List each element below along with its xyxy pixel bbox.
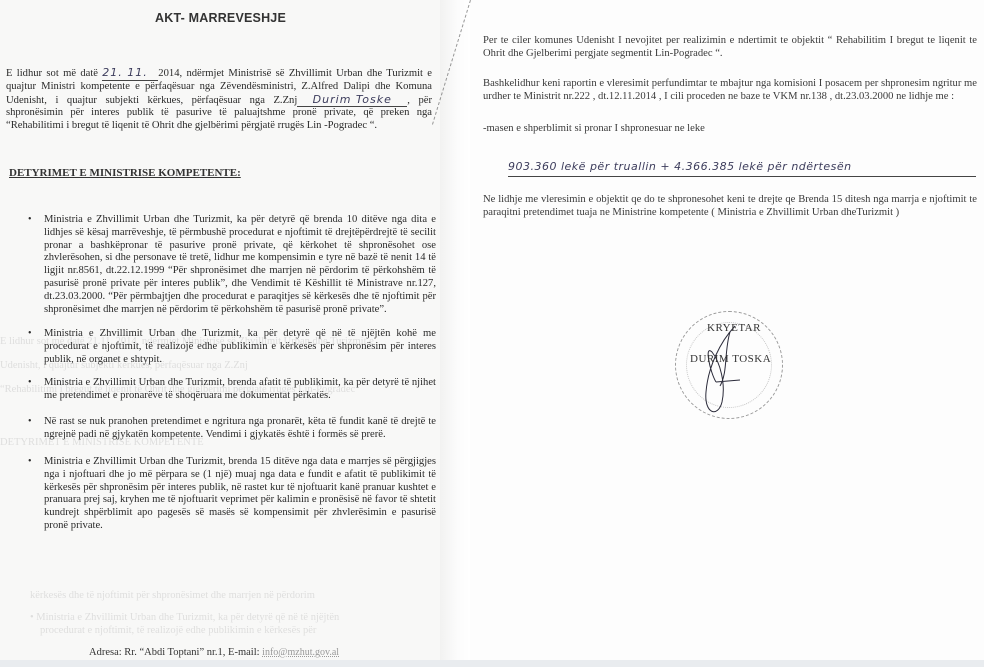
right-paragraph-purpose: Per te ciler komunes Udenisht I nevojite…	[483, 35, 977, 61]
handwritten-compensation-amount: 903.360 lekë për truallin + 4.366.385 le…	[508, 160, 976, 177]
bullet-icon: •	[28, 456, 32, 469]
handwritten-representative-name: Durim Toske	[297, 94, 407, 108]
right-paragraph-compensation-label: -masen e shperblimit si pronar I shprone…	[483, 123, 977, 136]
bullet-icon: •	[28, 214, 32, 227]
footer-email-link[interactable]: info@mzhut.gov.al	[262, 647, 339, 658]
intro-paragraph: E lidhur sot më datë 21. 11.2014, ndërmj…	[6, 67, 432, 133]
duty-item: •Në rast se nuk pranohen pretendimet e n…	[24, 416, 436, 442]
right-paragraph-claims: Ne lidhje me vleresimin e objektit qe do…	[483, 194, 977, 220]
footer-address: Adresa: Rr. “Abdi Toptani” nr.1, E-mail:…	[89, 647, 339, 658]
scan-bottom-edge	[0, 660, 984, 667]
section-heading-duties: DETYRIMET E MINISTRISE KOMPETENTE:	[9, 167, 241, 179]
duty-item: •Ministria e Zhvillimit Urban dhe Turizm…	[24, 328, 436, 366]
document-title: AKT- MARREVESHJE	[155, 11, 286, 25]
bullet-icon: •	[28, 416, 32, 429]
duties-list: •Ministria e Zhvillimit Urban dhe Turizm…	[24, 214, 436, 543]
duty-item: •Ministria e Zhvillimit Urban dhe Turizm…	[24, 377, 436, 403]
intro-text-1: E lidhur sot më datë	[6, 68, 102, 79]
bullet-icon: •	[28, 328, 32, 341]
stamp-inner-ring	[686, 322, 772, 408]
right-paragraph-report: Bashkelidhur keni raportin e vleresimit …	[483, 78, 977, 104]
duty-item: •Ministria e Zhvillimit Urban dhe Turizm…	[24, 214, 436, 316]
page-fold	[440, 0, 470, 667]
duty-item: •Ministria e Zhvillimit Urban dhe Turizm…	[24, 456, 436, 533]
handwritten-date: 21. 11.	[102, 67, 158, 81]
stamp-title: KRYETAR	[707, 322, 761, 334]
bullet-icon: •	[28, 377, 32, 390]
signatory-name: DURIM TOSKA	[690, 353, 771, 365]
